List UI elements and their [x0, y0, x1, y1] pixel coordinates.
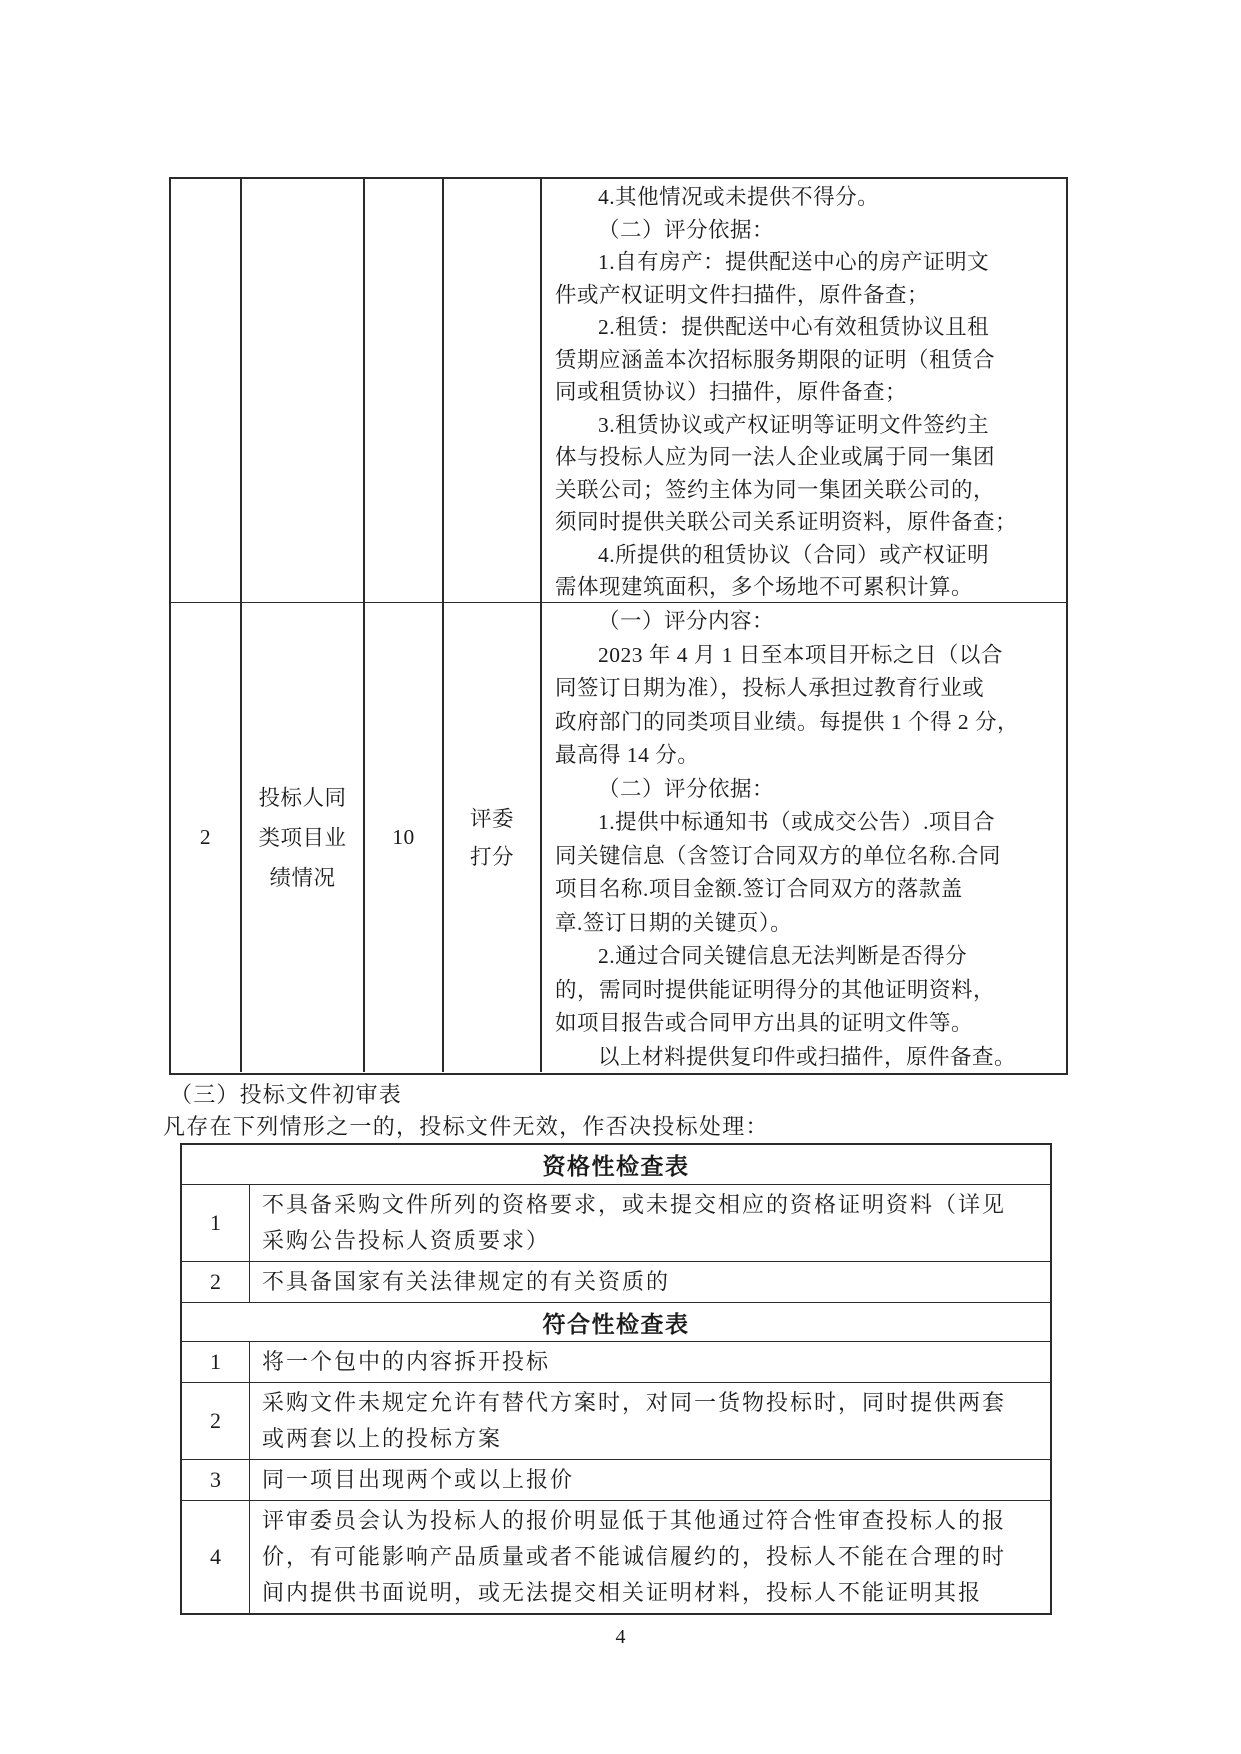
criteria-line: 关联公司；签约主体为同一集团关联公司的， [555, 474, 1066, 507]
criteria-cell: （一）评分内容： 2023 年 4 月 1 日至本项目开标之日（以合 同签订日期… [542, 603, 1066, 1072]
row-number: 1 [182, 1185, 250, 1261]
criteria-line: （二）评分依据： [555, 214, 1066, 247]
row-text: 同一项目出现两个或以上报价 [250, 1460, 1050, 1500]
criteria-line: 体与投标人应为同一法人企业或属于同一集团 [555, 441, 1066, 474]
method-cell: 评委打分 [444, 603, 542, 1072]
criteria-line: 如项目报告或合同甲方出具的证明文件等。 [555, 1007, 1066, 1041]
qualification-rows: 1 不具备采购文件所列的资格要求，或未提交相应的资格证明资料（详见采购公告投标人… [182, 1184, 1050, 1302]
criteria-line: 章.签订日期的关键页）。 [555, 907, 1066, 941]
method-cell-empty [444, 179, 542, 602]
row-number: 2 [182, 1383, 250, 1459]
criteria-line: （二）评分依据： [555, 773, 1066, 807]
table-row: 1 不具备采购文件所列的资格要求，或未提交相应的资格证明资料（详见采购公告投标人… [182, 1184, 1050, 1261]
review-table: 资格性检查表 1 不具备采购文件所列的资格要求，或未提交相应的资格证明资料（详见… [180, 1143, 1052, 1615]
criteria-line: （一）评分内容： [555, 605, 1066, 639]
score-value: 10 [392, 825, 415, 850]
section-intro: 凡存在下列情形之一的，投标文件无效，作否决投标处理： [163, 1112, 769, 1142]
criteria-line: 2.租赁：提供配送中心有效租赁协议且租 [555, 311, 1066, 344]
row-number: 4 [182, 1501, 250, 1613]
criteria-line: 的，需同时提供能证明得分的其他证明资料， [555, 974, 1066, 1008]
scoring-row-continuation: 4.其他情况或未提供不得分。 （二）评分依据： 1.自有房产：提供配送中心的房产… [171, 179, 1066, 602]
item-cell: 投标人同类项目业绩情况 [242, 603, 365, 1072]
criteria-line: 件或产权证明文件扫描件，原件备查； [555, 279, 1066, 312]
document-page: 4.其他情况或未提供不得分。 （二）评分依据： 1.自有房产：提供配送中心的房产… [0, 0, 1241, 1754]
serial-cell-empty [171, 179, 242, 602]
score-cell-empty [365, 179, 444, 602]
criteria-line: 1.提供中标通知书（或成交公告）.项目合 [555, 806, 1066, 840]
criteria-line: 同或租赁协议）扫描件，原件备查； [555, 376, 1066, 409]
table-row: 2 不具备国家有关法律规定的有关资质的 [182, 1261, 1050, 1302]
criteria-line: 项目名称.项目金额.签订合同双方的落款盖 [555, 873, 1066, 907]
score-cell: 10 [365, 603, 444, 1072]
row-number: 3 [182, 1460, 250, 1500]
criteria-line: 以上材料提供复印件或扫描件，原件备查。 [555, 1041, 1066, 1073]
criteria-line: 4.所提供的租赁协议（合同）或产权证明 [555, 539, 1066, 572]
section-heading: （三）投标文件初审表 [170, 1081, 402, 1109]
serial-number: 2 [200, 825, 211, 850]
table-row: 2 采购文件未规定允许有替代方案时，对同一货物投标时，同时提供两套或两套以上的投… [182, 1382, 1050, 1459]
table-row: 3 同一项目出现两个或以上报价 [182, 1459, 1050, 1500]
criteria-line: 4.其他情况或未提供不得分。 [555, 181, 1066, 214]
criteria-line: 须同时提供关联公司关系证明资料，原件备查； [555, 506, 1066, 539]
criteria-line: 同关键信息（含签订合同双方的单位名称.合同 [555, 840, 1066, 874]
table-row: 1 将一个包中的内容拆开投标 [182, 1341, 1050, 1382]
scoring-table: 4.其他情况或未提供不得分。 （二）评分依据： 1.自有房产：提供配送中心的房产… [169, 177, 1068, 1075]
row-text: 将一个包中的内容拆开投标 [250, 1342, 1050, 1382]
row-text: 不具备国家有关法律规定的有关资质的 [250, 1262, 1050, 1302]
conformity-rows: 1 将一个包中的内容拆开投标 2 采购文件未规定允许有替代方案时，对同一货物投标… [182, 1341, 1050, 1613]
criteria-cell: 4.其他情况或未提供不得分。 （二）评分依据： 1.自有房产：提供配送中心的房产… [542, 179, 1066, 602]
criteria-line: 最高得 14 分。 [555, 739, 1066, 773]
item-name: 投标人同类项目业绩情况 [256, 778, 350, 898]
item-cell-empty [242, 179, 365, 602]
criteria-line: 2.通过合同关键信息无法判断是否得分 [555, 940, 1066, 974]
qualification-check-header: 资格性检查表 [182, 1145, 1050, 1184]
criteria-line: 3.租赁协议或产权证明等证明文件签约主 [555, 409, 1066, 442]
method-name: 评委打分 [468, 800, 516, 876]
conformity-check-header: 符合性检查表 [182, 1302, 1050, 1341]
page-number: 4 [0, 1626, 1241, 1649]
scoring-row-2: 2 投标人同类项目业绩情况 10 评委打分 （一）评分内容： 2023 年 4 … [171, 602, 1066, 1072]
table-row: 4 评审委员会认为投标人的报价明显低于其他通过符合性审查投标人的报价，有可能影响… [182, 1500, 1050, 1613]
criteria-line: 2023 年 4 月 1 日至本项目开标之日（以合 [555, 639, 1066, 673]
row-number: 2 [182, 1262, 250, 1302]
criteria-line: 同签订日期为准），投标人承担过教育行业或 [555, 672, 1066, 706]
row-text: 采购文件未规定允许有替代方案时，对同一货物投标时，同时提供两套或两套以上的投标方… [250, 1383, 1050, 1459]
serial-cell: 2 [171, 603, 242, 1072]
criteria-line: 需体现建筑面积，多个场地不可累积计算。 [555, 571, 1066, 602]
row-number: 1 [182, 1342, 250, 1382]
criteria-line: 政府部门的同类项目业绩。每提供 1 个得 2 分， [555, 706, 1066, 740]
row-text: 不具备采购文件所列的资格要求，或未提交相应的资格证明资料（详见采购公告投标人资质… [250, 1185, 1050, 1261]
criteria-line: 赁期应涵盖本次招标服务期限的证明（租赁合 [555, 344, 1066, 377]
criteria-line: 1.自有房产：提供配送中心的房产证明文 [555, 246, 1066, 279]
row-text: 评审委员会认为投标人的报价明显低于其他通过符合性审查投标人的报价，有可能影响产品… [250, 1501, 1050, 1613]
